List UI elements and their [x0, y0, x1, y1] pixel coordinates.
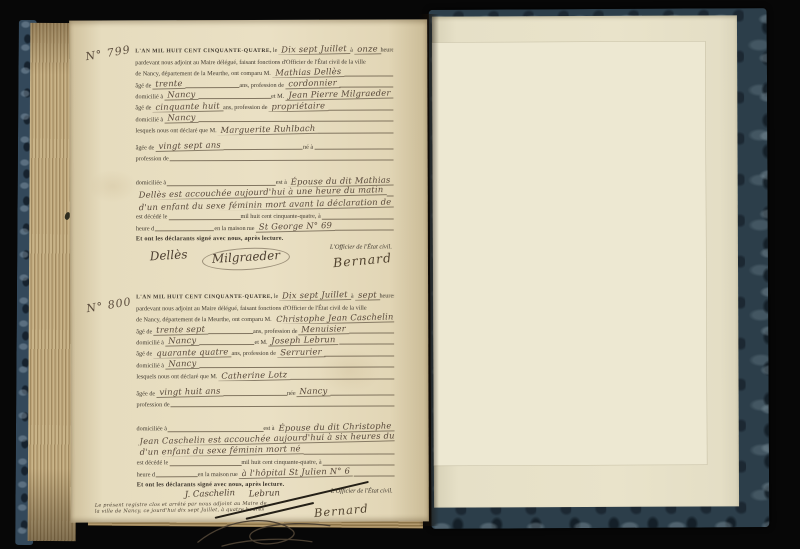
entry-line: profession de [136, 397, 394, 409]
officer-block: L'Officier de l'État civil. Bernard [330, 243, 394, 269]
death-record-entry: L'AN MIL HUIT CENT CINQUANTE-QUATRE,leDi… [135, 43, 394, 270]
entry-line: domicilié àNancyet M.Joseph Lebrun [136, 335, 394, 347]
entry-line: Dellès est accouchée aujourd'hui à une h… [136, 187, 394, 199]
rule-filler [224, 148, 303, 150]
printed-text: heures du [379, 293, 394, 301]
handwritten-text: trente [152, 79, 185, 90]
printed-text: en la maison [214, 225, 246, 233]
closing-statement: Et ont les déclarants signé avec nous, a… [136, 234, 394, 242]
entry-line: domiciliée àest àÉpouse du dit Christoph… [137, 421, 395, 433]
signature-flourish [137, 515, 395, 549]
handwritten-text: cinquante huit [152, 101, 223, 112]
entry-line: âgé detrente septans, profession deMenui… [136, 324, 394, 336]
rule-filler [304, 452, 395, 454]
printed-text: et M. [254, 339, 268, 347]
rule-filler [328, 108, 393, 110]
rule-filler [168, 430, 263, 432]
printed-text: ans, profession de [253, 327, 299, 335]
handwritten-text: d'un enfant du sexe féminin mort avant l… [136, 198, 394, 210]
printed-text: âgé de [135, 105, 152, 113]
printed-text: domicilié à [135, 93, 164, 101]
rule-filler [198, 97, 271, 99]
printed-text: est à [263, 425, 275, 433]
rule-filler [314, 148, 393, 150]
declarant-signature: Dellès [149, 247, 188, 271]
margin-number: N° 799 [85, 43, 134, 64]
rule-filler [223, 394, 287, 396]
handwritten-text: Mathias Dellès [272, 67, 344, 79]
printed-text: en la maison [198, 471, 230, 479]
printed-text: est à [276, 179, 288, 187]
declarant-signatures: J. Caschelin Lebrun [137, 488, 280, 500]
rule-filler [208, 332, 253, 334]
entry-line: de Nancy, département de la Meurthe, ont… [136, 312, 394, 324]
rule-filler [290, 377, 394, 379]
handwritten-text: Nancy [164, 90, 198, 101]
printed-text: est décédé le [137, 460, 170, 468]
printed-text: L'AN MIL HUIT CENT CINQUANTE-QUATRE, [136, 294, 274, 301]
printed-text: heure d [136, 225, 155, 233]
printed-text: profession de [136, 401, 170, 409]
entry-line: est décédé lemil huit cent cinquante-qua… [137, 456, 395, 468]
printed-text: lesquels nous ont déclaré que M. [136, 373, 218, 381]
printed-text: profession de [136, 155, 170, 163]
declarant-signature: Milgraeder [201, 245, 290, 272]
entry-line: de Nancy, département de la Meurthe, ont… [135, 66, 393, 78]
rule-filler [322, 217, 394, 219]
printed-text: âgée de [136, 144, 156, 152]
rule-filler [198, 120, 393, 123]
printed-text: âgée de [136, 390, 156, 398]
left-register-page: N° 799 L'AN MIL HUIT CENT CINQUANTE-QUAT… [69, 19, 429, 522]
handwritten-text: Dellès est accouchée aujourd'hui à une h… [136, 187, 387, 199]
entry-line: pardevant nous adjoint au Maire délégué,… [136, 301, 394, 313]
entry-line: âgé detrenteans, profession decordonnier [135, 78, 393, 90]
rule-filler [349, 332, 394, 334]
entry-line: domicilié àNancy [135, 112, 393, 124]
rule-filler [168, 218, 240, 220]
entry-line: heure den la maisonrueà l'hôpital St Jul… [137, 467, 395, 479]
signature-row: Dellès Milgraeder L'Officier de l'État c… [136, 243, 394, 270]
entry-lines: L'AN MIL HUIT CENT CINQUANTE-QUATRE,leDi… [135, 43, 394, 233]
officer-label: L'Officier de l'État civil. [330, 243, 392, 250]
entry-line: âgée devingt huit ansnéeNancy [136, 386, 394, 398]
printed-text: domiciliée à [137, 426, 168, 434]
printed-text: de Nancy, département de la Meurthe, ont… [135, 70, 272, 78]
handwritten-text: à l'hôpital St Julien N° 6 [239, 467, 354, 479]
entry-line: domicilié àNancy [136, 358, 394, 370]
handwritten-text: Nancy [165, 336, 199, 347]
declarant-signature: Lebrun [249, 488, 281, 499]
handwritten-text: Nancy [164, 113, 198, 124]
rule-filler [323, 463, 395, 465]
printed-text: mil huit cent cinquante-quatre, à [241, 459, 322, 467]
right-blank-page [432, 15, 739, 507]
printed-text: ans, profession de [231, 350, 277, 358]
entry-line: âgé decinquante huitans, profession depr… [135, 100, 393, 112]
handwritten-text: vingt sept ans [155, 140, 224, 151]
entry-line: âgée devingt sept ansné à [136, 140, 394, 152]
rule-filler [331, 394, 395, 396]
rule-filler [325, 354, 395, 356]
signature-row: J. Caschelin Lebrun L'Officier de l'État… [137, 487, 395, 499]
printed-text: domicilié à [136, 339, 165, 347]
entry-line: domicilié àNancyet M.Jean Pierre Milgrae… [135, 89, 393, 101]
line-gap [136, 162, 394, 176]
handwritten-text: quarante quatre [153, 347, 231, 359]
flourish-stroke-icon [192, 512, 342, 549]
printed-text: ans, profession de [223, 104, 269, 112]
handwritten-text: Dix sept Juillet [279, 290, 351, 302]
printed-text: rue [230, 471, 239, 479]
entry-line: lesquels nous ont déclaré que M.Margueri… [135, 123, 393, 135]
entry-line: d'un enfant du sexe féminin mort né [137, 444, 395, 456]
handwritten-text: Serrurier [277, 347, 325, 358]
printed-text: mil huit cent cinquante-quatre, à [240, 213, 321, 221]
handwritten-text: Jean Caschelin est accouchée aujourd'hui… [137, 433, 395, 445]
printed-text: née [287, 389, 297, 397]
entry-line: Jean Caschelin est accouchée aujourd'hui… [137, 433, 395, 445]
entry-line: est décédé lemil huit cent cinquante-qua… [136, 210, 394, 222]
handwritten-text: vingt huit ans [156, 386, 223, 397]
printed-text: domicilié à [136, 362, 165, 370]
handwritten-text: Marguerite Ruhlbach [218, 123, 319, 135]
handwritten-text: Épouse du dit Mathias [288, 175, 394, 187]
handwritten-text: Joseph Lebrun [268, 335, 339, 347]
entry-line: pardevant nous adjoint au Maire délégué,… [135, 55, 393, 67]
handwritten-text: trente sept [153, 325, 208, 336]
printed-text: heure d [137, 471, 156, 479]
handwritten-text: Nancy [165, 359, 199, 370]
printed-text: domicilié à [135, 116, 164, 124]
printed-text: L'AN MIL HUIT CENT CINQUANTE-QUATRE, [135, 48, 273, 55]
printed-text: et M. [271, 93, 285, 101]
rule-filler [199, 366, 394, 369]
handwritten-text: cordonnier [285, 78, 340, 89]
handwritten-text: Menuisier [298, 324, 349, 335]
entry-line: heure den la maisonrueSt George N° 69 [136, 221, 394, 233]
officer-signature: Bernard [332, 250, 392, 270]
handwritten-text: Christophe Jean Caschelin [273, 312, 395, 324]
printed-text: âgé de [136, 328, 153, 336]
rule-filler [335, 229, 394, 231]
printed-text: âgé de [136, 351, 153, 359]
printed-text: domiciliée à [136, 180, 167, 188]
handwritten-text: sept [355, 290, 380, 301]
rule-filler [199, 343, 254, 345]
rule-filler [169, 464, 241, 466]
entry-line: L'AN MIL HUIT CENT CINQUANTE-QUATRE,leDi… [135, 43, 393, 55]
entry-line: L'AN MIL HUIT CENT CINQUANTE-QUATRE,leDi… [136, 289, 394, 301]
declarant-signatures: Dellès Milgraeder [136, 244, 290, 271]
rule-filler [344, 74, 393, 76]
handwritten-text: Dix sept Juillet [278, 44, 350, 56]
handwritten-text: propriétaire [268, 101, 328, 112]
handwritten-text: Épouse du dit Christophe [275, 421, 394, 433]
rule-filler [171, 405, 395, 408]
entry-line: d'un enfant du sexe féminin mort avant l… [136, 198, 394, 210]
declarant-signature: J. Caschelin [185, 488, 236, 500]
printed-text: âgé de [135, 82, 152, 90]
printed-text: ans, profession de [239, 81, 285, 89]
rule-filler [340, 86, 394, 88]
rule-filler [170, 159, 394, 162]
handwritten-text: Nancy [297, 386, 331, 397]
printed-text: de Nancy, département de la Meurthe, ont… [136, 316, 273, 324]
entry-lines: L'AN MIL HUIT CENT CINQUANTE-QUATRE,leDi… [136, 289, 395, 479]
line-gap [136, 408, 394, 422]
rule-filler [167, 184, 276, 186]
entry-line: domiciliée àest àÉpouse du dit Mathias [136, 175, 394, 187]
rule-filler [353, 475, 395, 477]
rule-filler [155, 229, 214, 231]
rule-filler [186, 86, 240, 88]
rule-filler [339, 343, 394, 345]
handwritten-text: Catherine Lotz [218, 370, 290, 382]
handwritten-text: St George N° 69 [255, 221, 334, 233]
right-page-inner-sheet [432, 41, 707, 465]
printed-text: rue [247, 225, 256, 233]
printed-text: est décédé le [136, 214, 169, 222]
printed-text: lesquels nous ont déclaré que M. [135, 127, 217, 135]
rule-filler [319, 131, 394, 133]
printed-text: heures du [380, 47, 393, 55]
margin-number: N° 800 [85, 295, 134, 316]
death-record-entry: L'AN MIL HUIT CENT CINQUANTE-QUATRE,leDi… [136, 289, 395, 549]
handwritten-text: d'un enfant du sexe féminin mort né [137, 444, 304, 456]
entry-line: profession de [136, 151, 394, 163]
printed-text: né à [303, 143, 314, 151]
entry-line: lesquels nous ont déclaré que M.Catherin… [136, 369, 394, 381]
handwritten-text: Jean Pierre Milgraeder [285, 89, 393, 101]
rule-filler [156, 476, 198, 478]
entry-line: âgé dequarante quatreans, profession deS… [136, 346, 394, 358]
rule-filler [386, 195, 393, 197]
handwritten-text: onze [354, 44, 381, 55]
